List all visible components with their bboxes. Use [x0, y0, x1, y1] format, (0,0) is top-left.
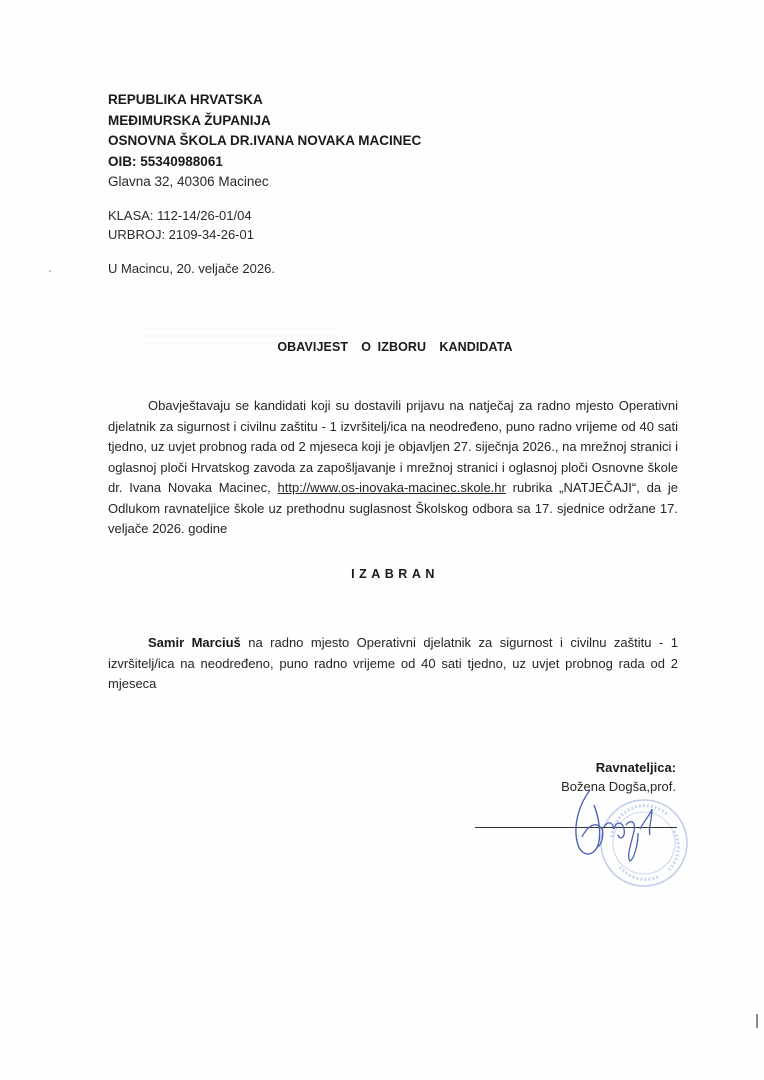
scan-edge-mark	[756, 1014, 758, 1028]
place-and-date: U Macincu, 20. veljače 2026.	[108, 261, 275, 276]
school-website-link[interactable]: http://www.os-inovaka-macinec.skole.hr	[278, 480, 506, 495]
handwritten-signature-icon	[568, 785, 678, 865]
country-name: REPUBLIKA HRVATSKA	[108, 90, 421, 111]
signatory-role: Ravnateljica:	[596, 760, 676, 775]
document-title: OBAVIJEST O IZBORU KANDIDATA	[0, 340, 764, 354]
county-name: MEĐIMURSKA ŽUPANIJA	[108, 111, 421, 132]
scan-speck	[49, 270, 51, 272]
reference-numbers: KLASA: 112-14/26-01/04 URBROJ: 2109-34-2…	[108, 206, 254, 244]
school-address: Glavna 32, 40306 Macinec	[108, 172, 421, 193]
klasa-number: KLASA: 112-14/26-01/04	[108, 206, 254, 225]
notice-paragraph: Obavještavaju se kandidati koji su dosta…	[108, 396, 678, 540]
selected-candidate-name: Samir Marciuš	[148, 635, 241, 650]
urbroj-number: URBROJ: 2109-34-26-01	[108, 225, 254, 244]
institution-header: REPUBLIKA HRVATSKA MEĐIMURSKA ŽUPANIJA O…	[108, 90, 421, 193]
decision-paragraph: Samir Marciuš na radno mjesto Operativni…	[108, 633, 678, 695]
scanned-document-page: REPUBLIKA HRVATSKA MEĐIMURSKA ŽUPANIJA O…	[0, 0, 764, 1080]
document-title-text: OBAVIJEST O IZBORU KANDIDATA	[277, 340, 512, 354]
school-name: OSNOVNA ŠKOLA DR.IVANA NOVAKA MACINEC	[108, 131, 421, 152]
selected-heading: IZABRAN	[0, 567, 764, 581]
oib-number: OIB: 55340988061	[108, 152, 421, 173]
